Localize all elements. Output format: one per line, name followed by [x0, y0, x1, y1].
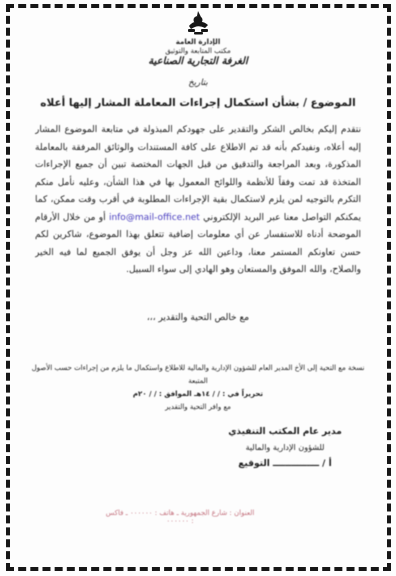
cc-note-line2: تحريراً في : / / ١٤هـ الموافق : / / ٢٠م — [22, 388, 374, 401]
cc-note-line1: نسخة مع التحية إلى الأخ المدير العام للش… — [22, 362, 374, 388]
signature-name-line: أ / ـــــــــــــــ التوقيع — [210, 456, 360, 472]
email-link[interactable]: info@mail-office.net — [109, 213, 200, 223]
letterhead-org-line1: الإدارة العامة — [0, 38, 396, 46]
letterhead-org-line2: مكتب المتابعة والتوثيق — [0, 47, 396, 55]
eagle-emblem-icon — [181, 10, 215, 38]
letterhead-org-line3: الغرفة التجارية الصناعية — [0, 56, 396, 67]
letter-body-paragraph: نتقدم إليكم بخالص الشكر والتقدير على جهو… — [35, 122, 361, 314]
signature-block: مدير عام المكتب التنفيذي للشؤون الإدارية… — [210, 424, 360, 472]
cc-note-line3: مع وافر التحية والتقدير — [22, 401, 374, 414]
date-script-line: بتاريخ — [0, 78, 396, 88]
body-text-before-link: نتقدم إليكم بخالص الشكر والتقدير على جهو… — [35, 125, 361, 223]
subject-line: الموضوع / بشأن استكمال إجراءات المعاملة … — [0, 97, 396, 109]
closing-line: مع خالص التحية والتقدير ،،، — [0, 313, 396, 323]
scanned-letter-page: الإدارة العامة مكتب المتابعة والتوثيق ال… — [0, 0, 396, 576]
signature-title-line2: للشؤون الإدارية والمالية — [210, 440, 360, 456]
footer-contact-line: العنوان : شارع الجمهورية ـ هاتف : ٠٠٠٠٠٠… — [105, 509, 255, 525]
signature-title-line1: مدير عام المكتب التنفيذي — [210, 424, 360, 440]
cc-notes-block: نسخة مع التحية إلى الأخ المدير العام للش… — [22, 362, 374, 414]
